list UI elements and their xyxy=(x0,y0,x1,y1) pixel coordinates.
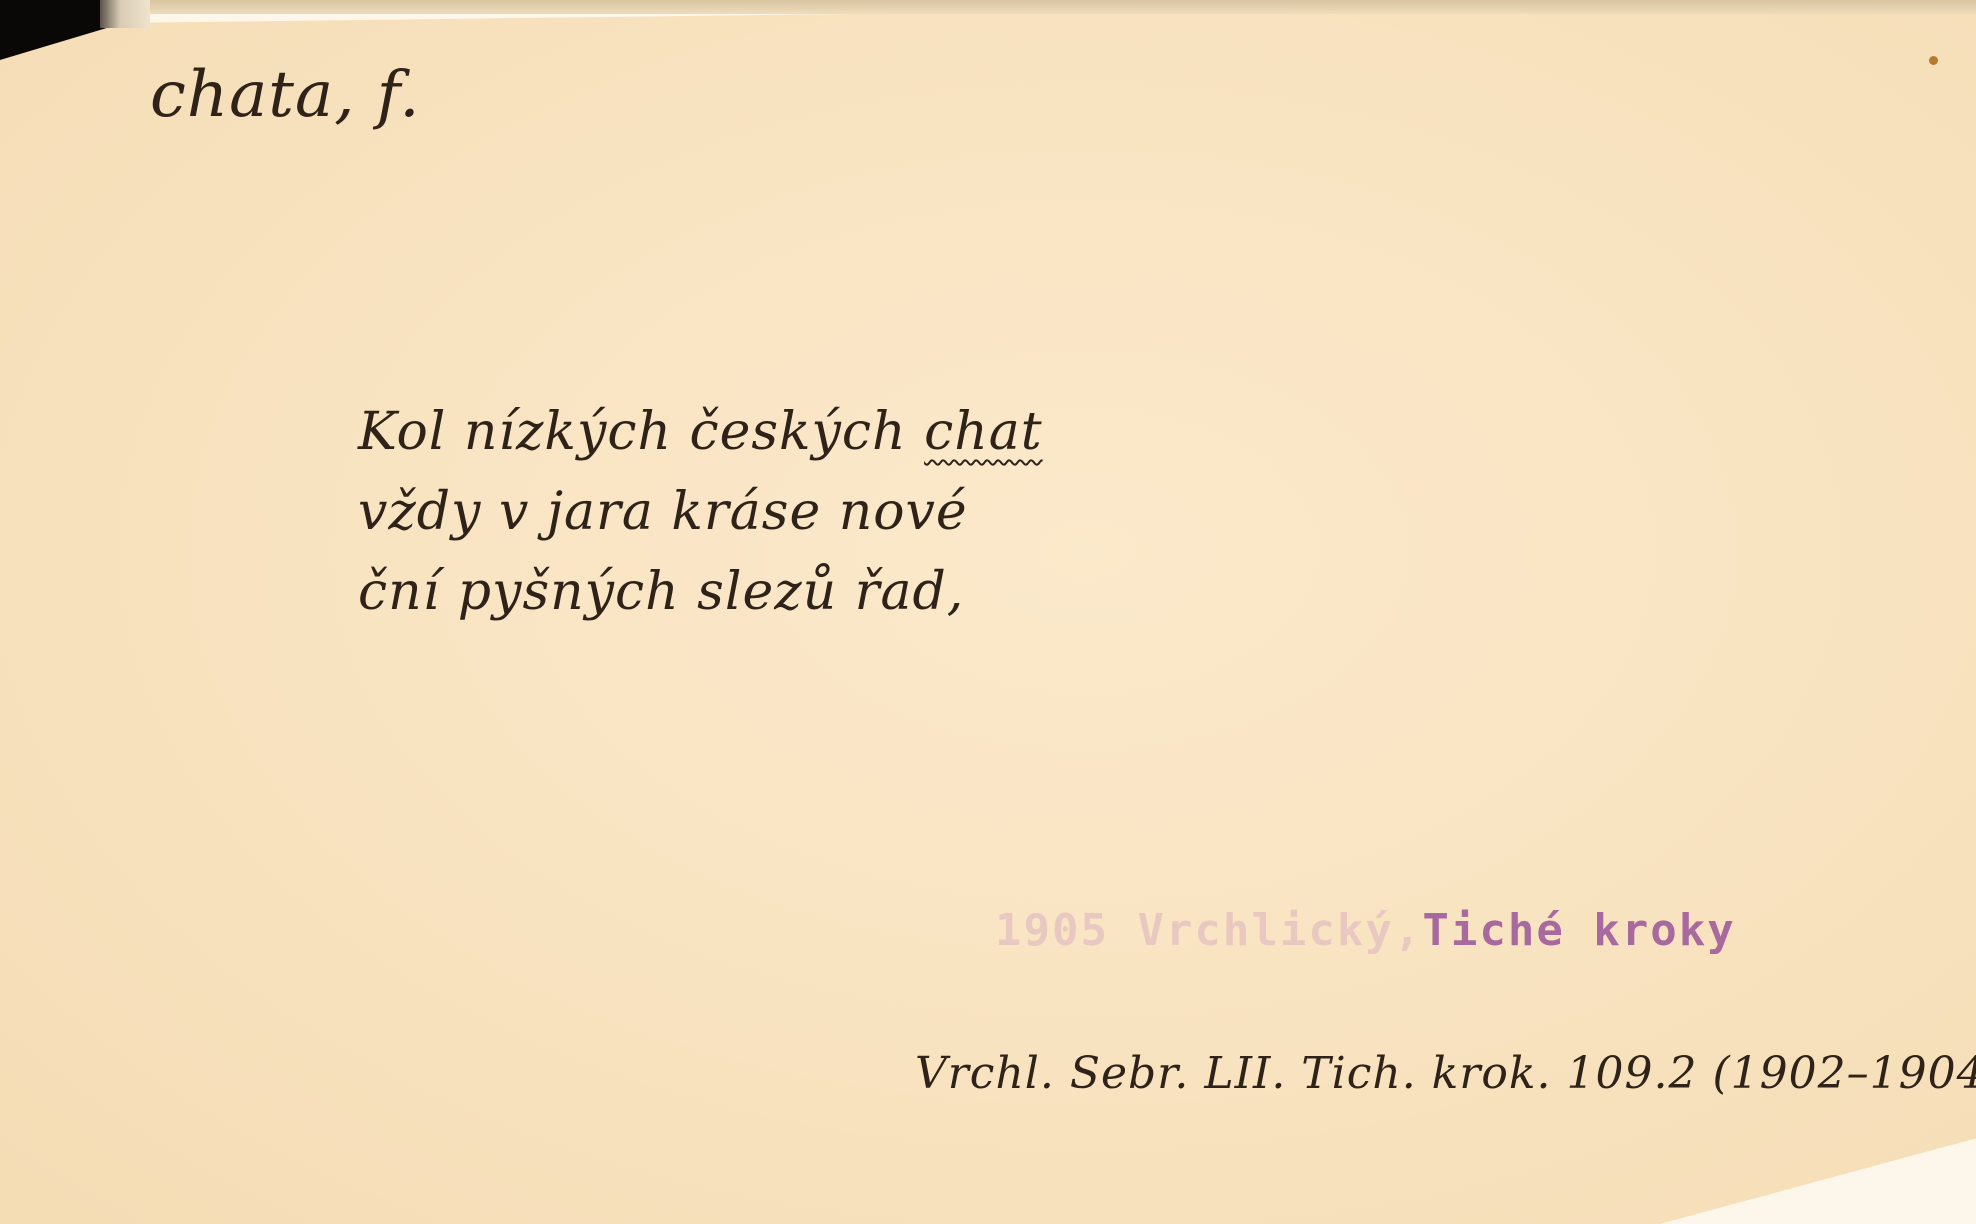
scan-corner-tab xyxy=(100,0,150,28)
stamp-title: Tiché kroky xyxy=(1422,905,1735,956)
verse-line-2: vždy v jara kráse nové xyxy=(358,472,1043,552)
verse-line-3: ční pyšných slezů řad, xyxy=(358,552,1043,632)
source-citation: Vrchl. Sebr. LII. Tich. krok. 109.2 (190… xyxy=(915,1048,1976,1099)
scanned-index-card: chata, f. Kol nízkých českých chat vždy … xyxy=(0,0,1976,1224)
headword: chata, f. xyxy=(150,58,421,132)
ink-spot xyxy=(1929,56,1938,65)
scan-top-edge xyxy=(150,0,1976,14)
verse-keyword: chat xyxy=(924,402,1043,462)
verse-line-1: Kol nízkých českých chat xyxy=(358,392,1043,472)
source-stamp: 1905 Vrchlický,Tiché kroky xyxy=(995,905,1736,956)
stamp-year-author: 1905 Vrchlický, xyxy=(995,905,1422,956)
verse-line-1-text: Kol nízkých českých xyxy=(358,402,924,462)
verse-line-3-text: ční pyšných slezů řad, xyxy=(358,562,964,622)
verse-line-2-text: vždy v jara kráse nové xyxy=(358,482,968,542)
verse-quotation: Kol nízkých českých chat vždy v jara krá… xyxy=(358,392,1043,632)
